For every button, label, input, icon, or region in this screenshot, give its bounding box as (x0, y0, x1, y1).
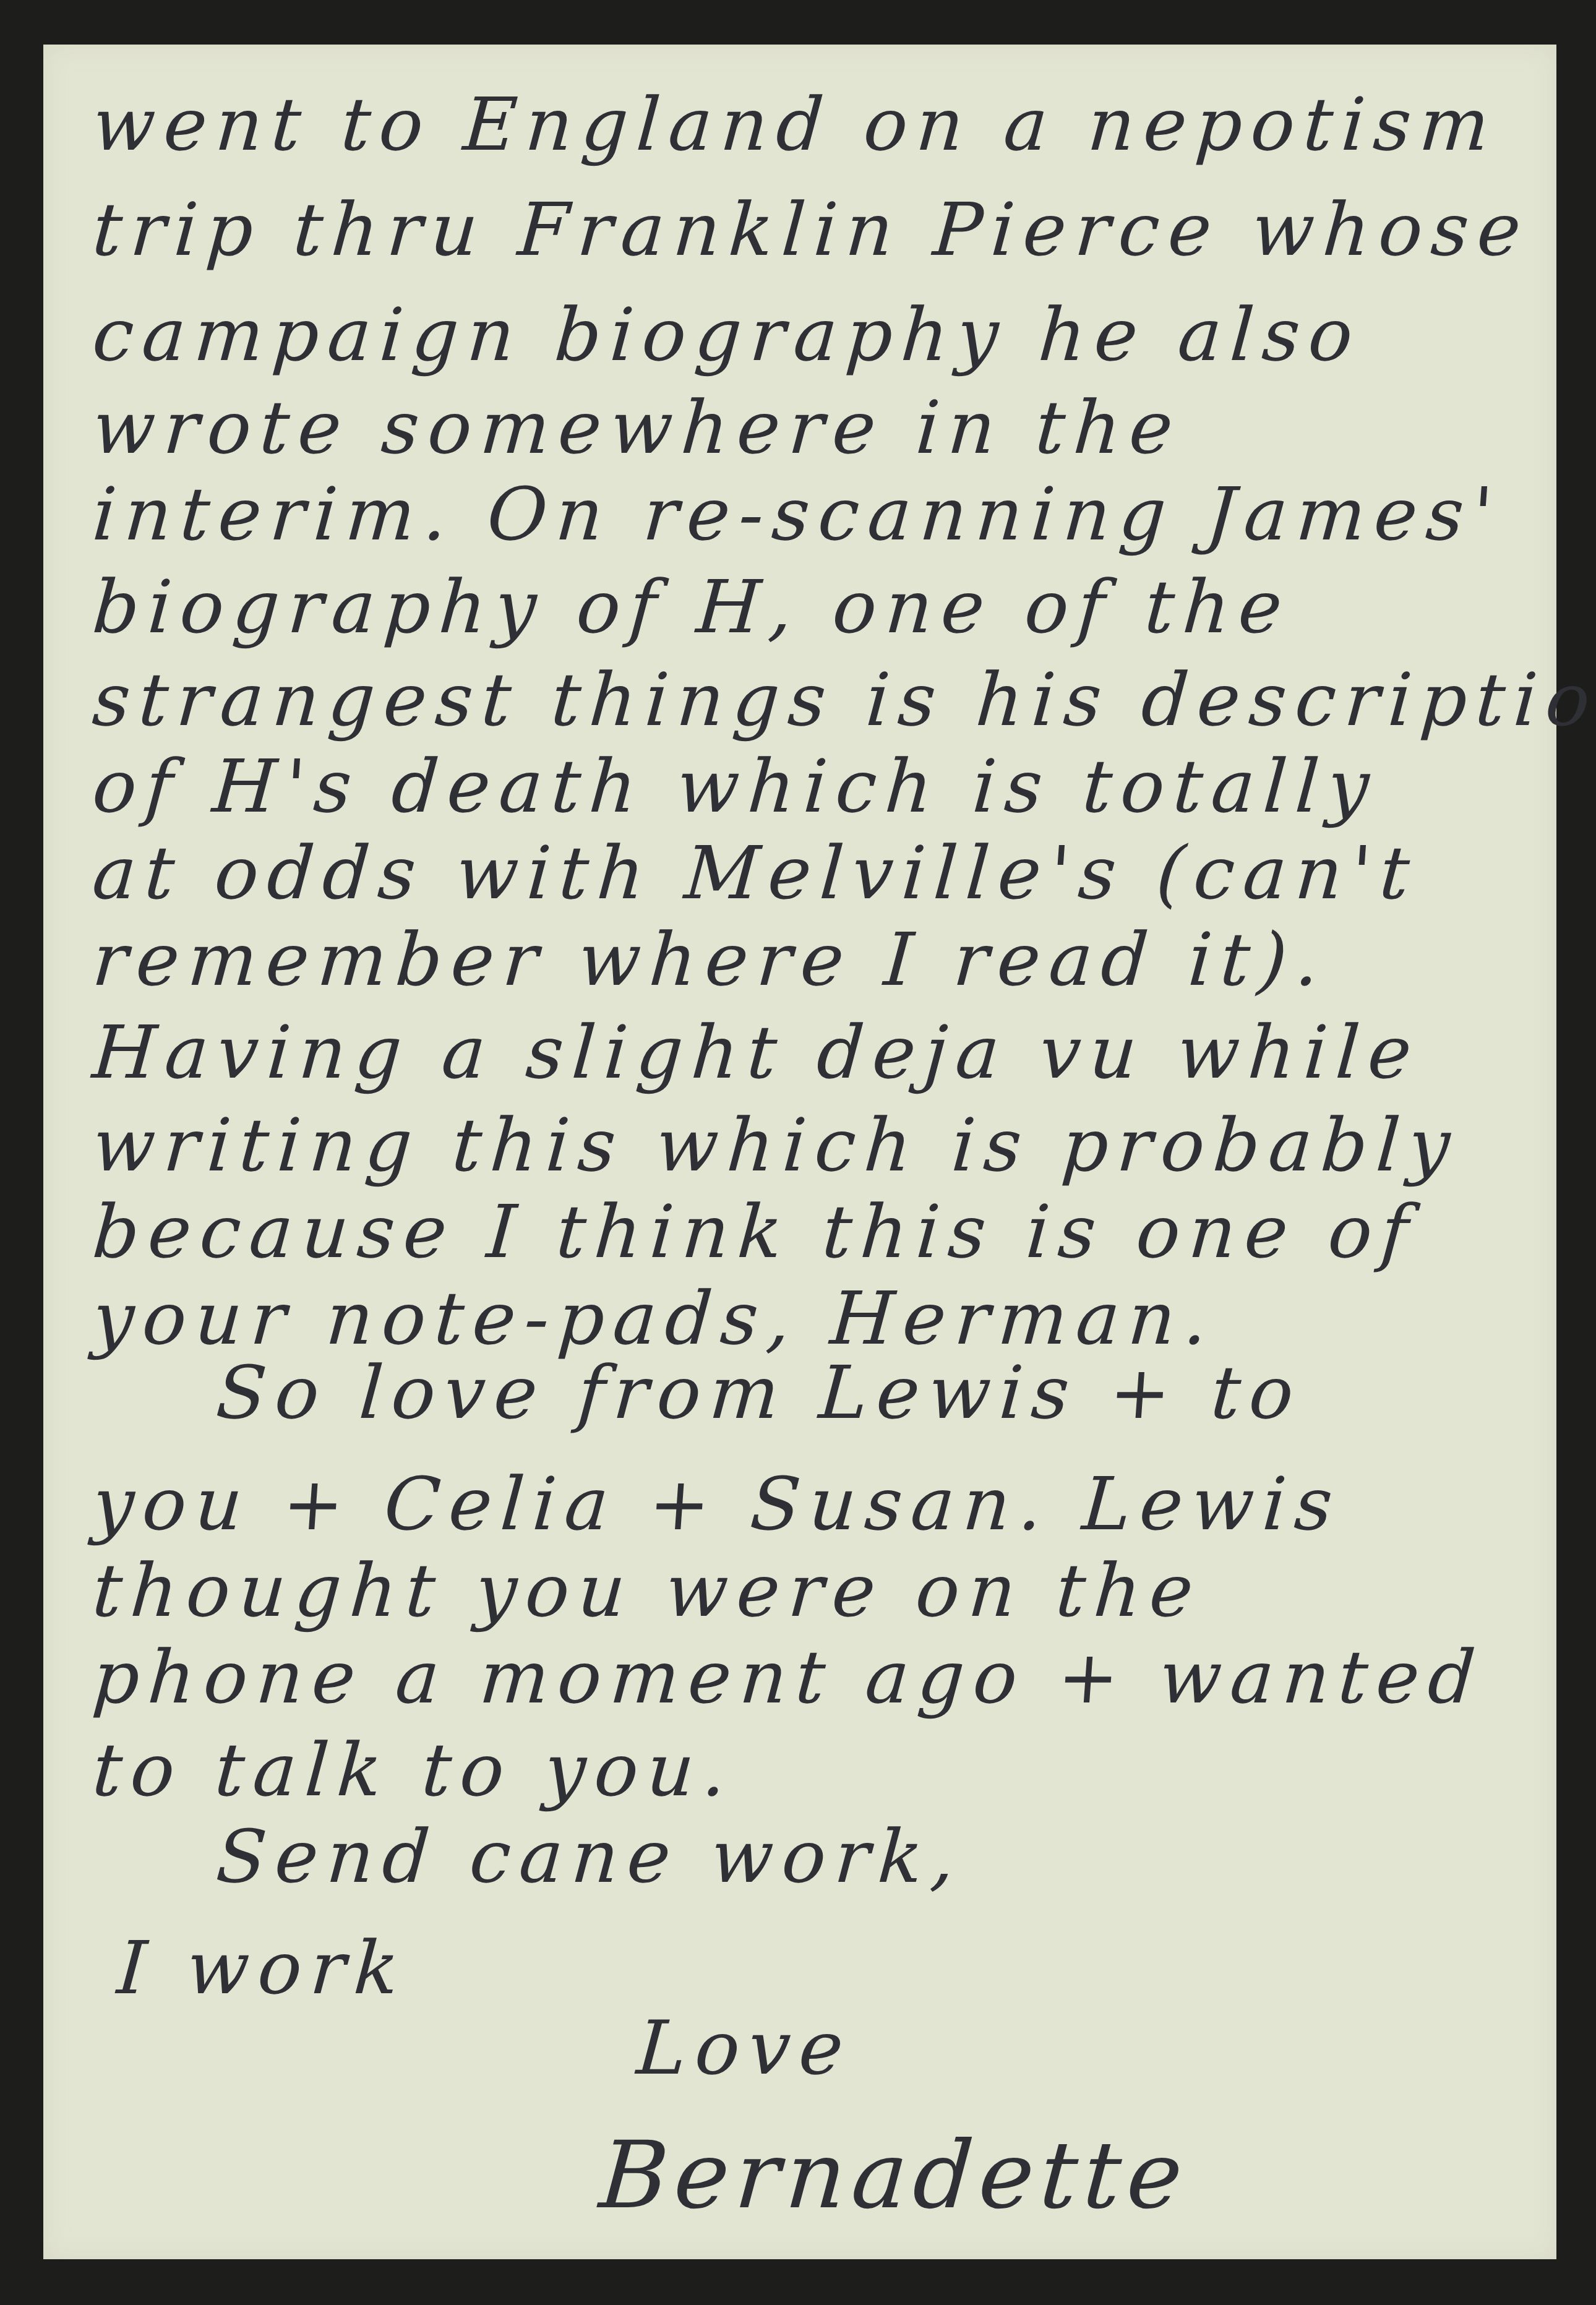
letter-line: because I think this is one of (90, 1195, 1419, 1268)
letter-line: interim. On re-scanning James' (90, 478, 1504, 551)
letter-line: went to England on a nepotism (90, 88, 1500, 161)
letter-signature: Bernadette (597, 2129, 1191, 2222)
letter-line: phone a moment ago + wanted (90, 1641, 1487, 1714)
letter-line: So love from Lewis + to (214, 1356, 1305, 1429)
letter-line: at odds with Melville's (can't (90, 836, 1420, 909)
letter-line: trip thru Franklin Pierce whose (90, 193, 1532, 266)
letter-line: of H's death which is totally (90, 750, 1380, 823)
letter-closing: Love (635, 2012, 854, 2086)
letter-line: strangest things is his description (90, 663, 1596, 736)
letter-line: wrote somewhere in the (90, 391, 1184, 464)
letter-line: biography of H, one of the (90, 570, 1294, 643)
letter-line: Send cane work, (214, 1820, 966, 1893)
letter-line: Having a slight deja vu while (90, 1016, 1423, 1089)
letter-line: to talk to you. (90, 1733, 737, 1806)
letter-line: I work (115, 1931, 410, 2004)
letter-line: you + Celia + Susan. Lewis (90, 1467, 1344, 1540)
letter-line: campaign biography he also (90, 298, 1364, 371)
letter-line: thought you were on the (90, 1554, 1204, 1627)
letter-line: your note-pads, Herman. (90, 1282, 1219, 1355)
letter-line: writing this which is probably (90, 1109, 1461, 1182)
letter-page: went to England on a nepotism trip thru … (43, 45, 1556, 2259)
letter-line: remember where I read it). (90, 923, 1330, 996)
